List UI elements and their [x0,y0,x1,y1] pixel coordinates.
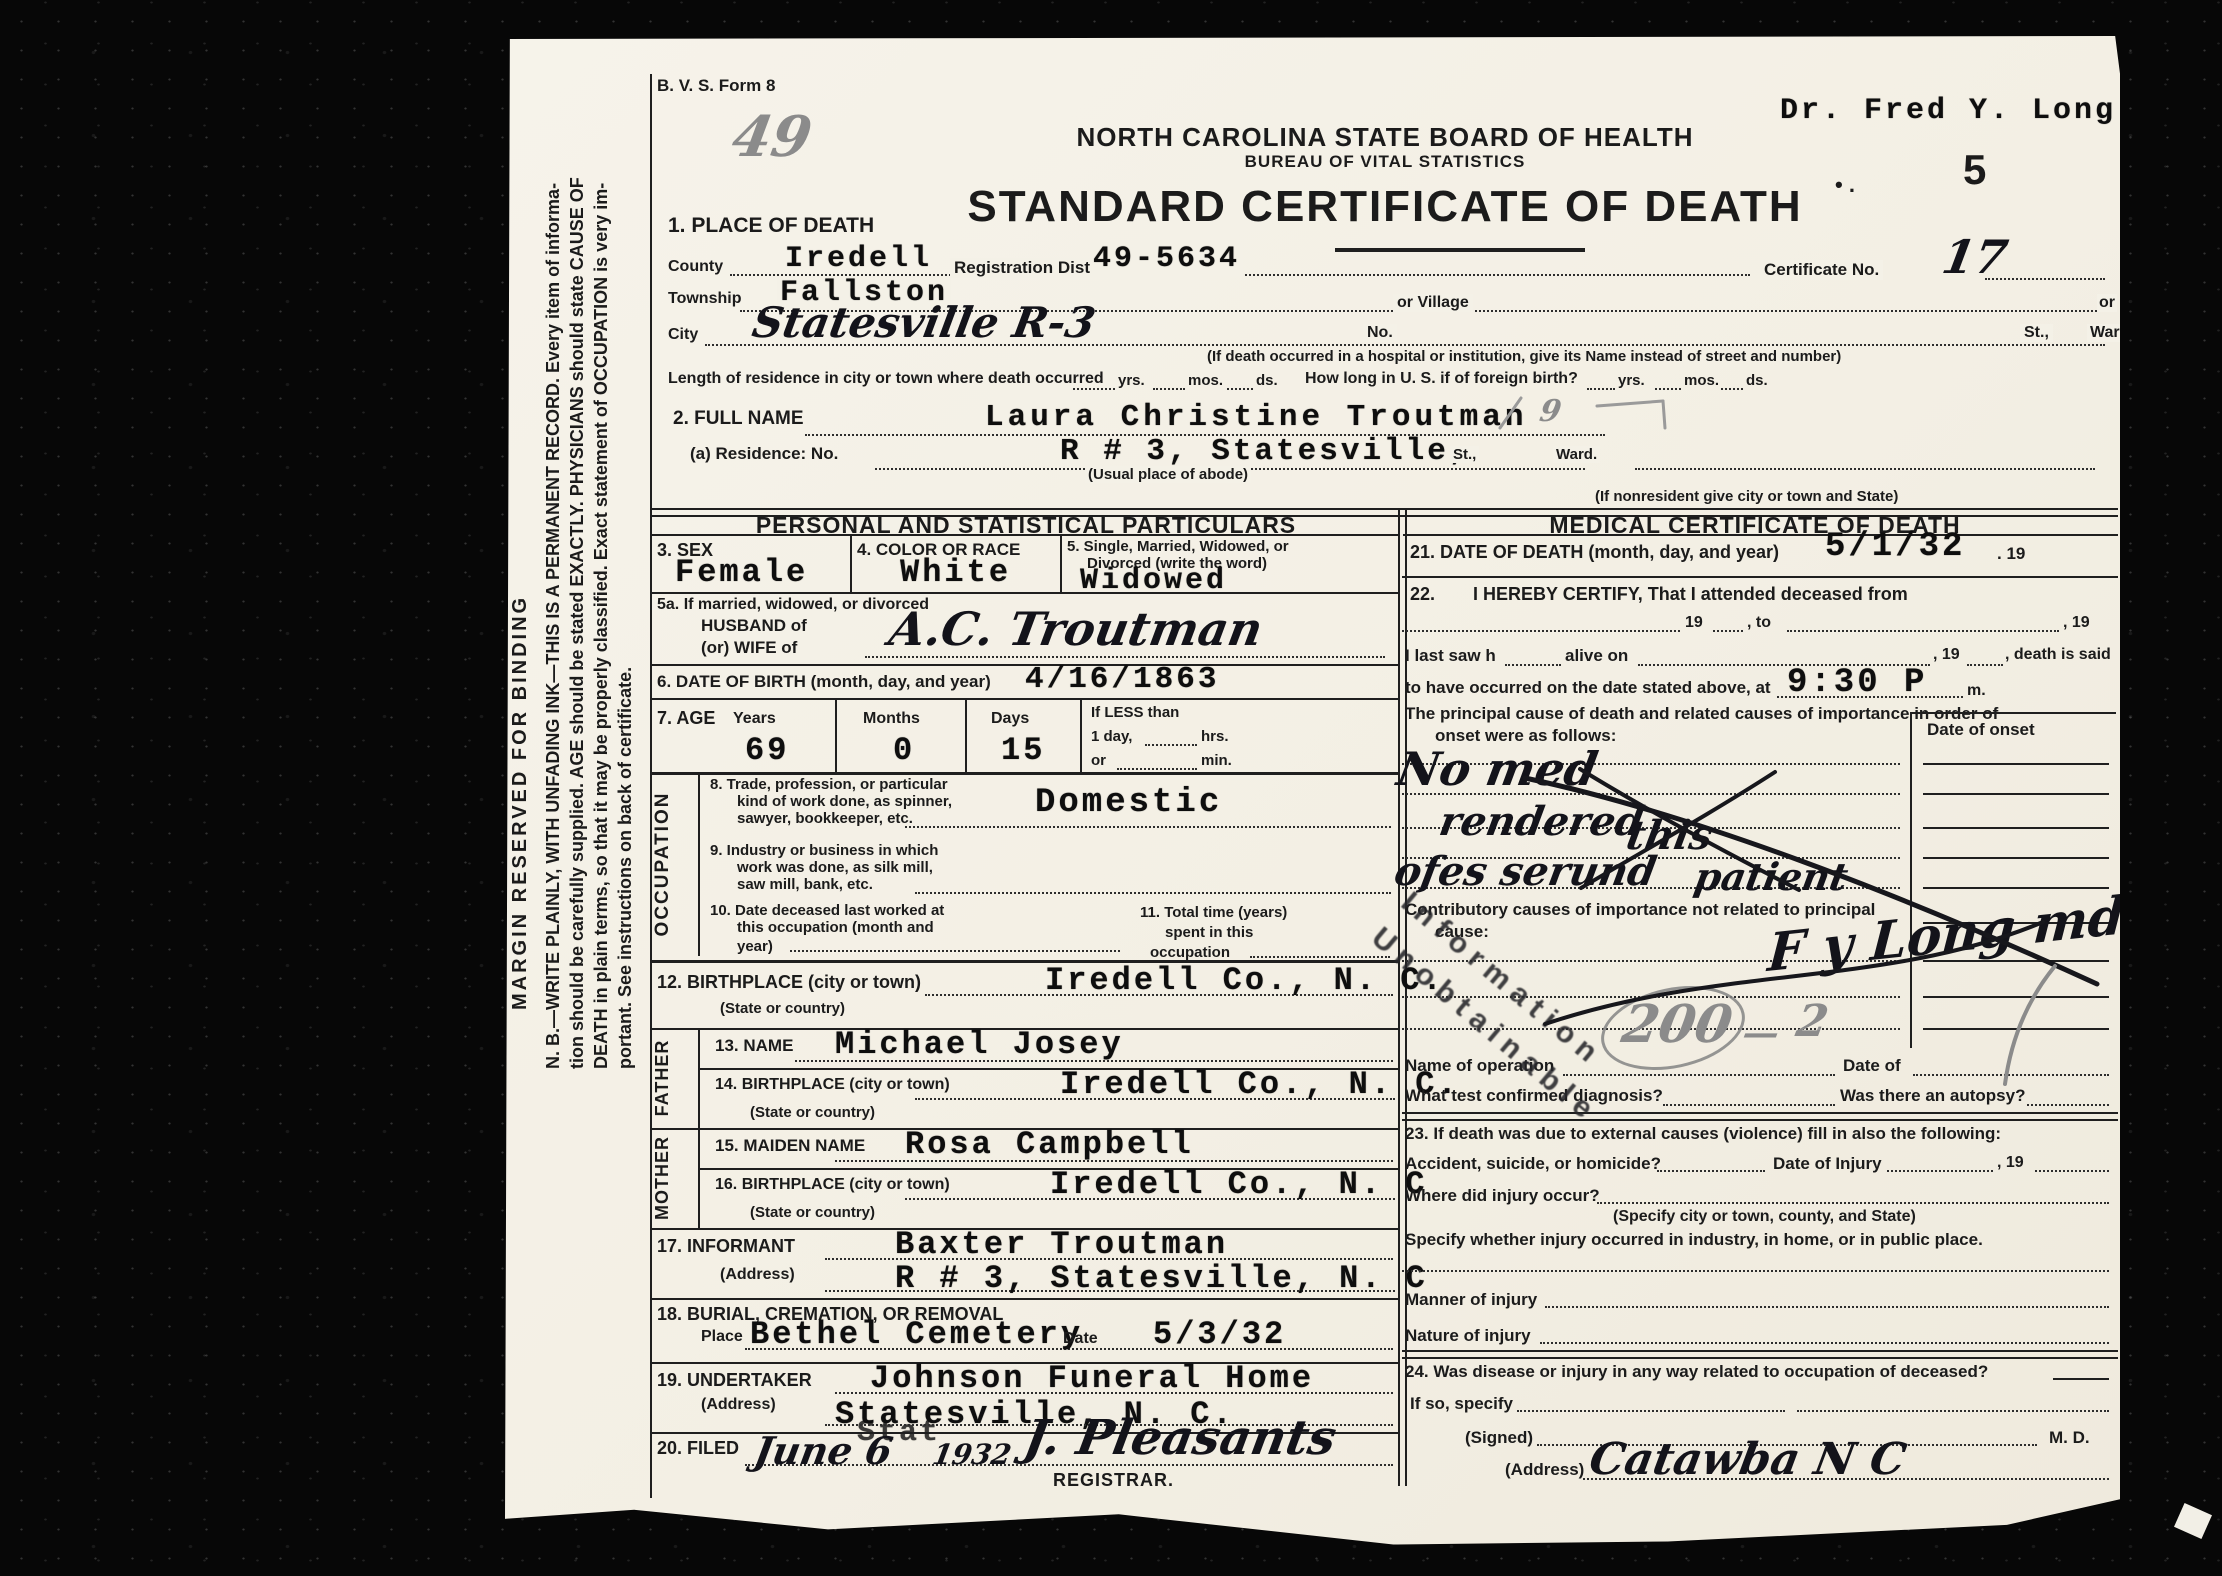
dotted-line [1887,1170,1993,1172]
md-label: M. D. [2049,1428,2090,1448]
margin-binding-text: MARGIN RESERVED FOR BINDING [509,595,532,1010]
onset-box-top [1910,712,2116,714]
cell-divider [1080,698,1082,772]
onset-rule [1923,763,2109,765]
father-birthplace-sub: (State or country) [750,1104,875,1121]
dob-value: 4/16/1863 [1025,662,1219,697]
bureau-subtitle: BUREAU OF VITAL STATISTICS [765,152,2005,172]
ds-label-2: ds. [1746,372,1768,389]
certificate-title: STANDARD CERTIFICATE OF DEATH [765,182,2005,232]
cell-divider [835,698,837,772]
age-years-header: Years [733,710,776,728]
ifso-label: If so, specify [1410,1394,1513,1414]
strip-divider [698,1128,700,1228]
dotted-line [1713,630,1743,632]
maiden-name-label: 15. MAIDEN NAME [715,1136,865,1156]
occupation-side-label: OCCUPATION [652,776,698,952]
right-section-header: MEDICAL CERTIFICATE OF DEATH [1405,512,2105,539]
trade-label-3: sawyer, bookkeeper, etc. [737,810,913,827]
or-label: or [2097,294,2117,312]
mother-side-label: MOTHER [652,1130,698,1226]
operation-date-label: Date of [1843,1056,1901,1076]
external-causes-label: 23. If death was due to external causes … [1405,1124,2001,1144]
burial-place-value: Bethel Cemetery [750,1316,1083,1353]
ink-dots: • . [1835,172,1855,198]
residence-length-label: Length of residence in city or town wher… [668,370,1104,388]
maiden-name-value: Rosa Campbell [905,1126,1194,1163]
lastsaw-3: , 19 [1933,646,1960,664]
form-number: B. V. S. Form 8 [657,76,775,96]
husband-label-3: (or) WIFE of [701,638,797,658]
dotted-line [1663,1104,1835,1106]
township-label: Township [668,290,741,308]
age-days-value: 15 [1001,732,1045,769]
registrar-label: REGISTRAR. [1053,1470,1174,1491]
husband-label-2: HUSBAND of [701,616,807,636]
husband-label-1: 5a. If married, widowed, or divorced [657,596,929,614]
father-name-label: 13. NAME [715,1036,793,1056]
dotted-line [1117,768,1197,770]
certificate-no-label: Certificate No. [1760,260,1883,280]
father-birthplace-label: 14. BIRTHPLACE (city or town) [715,1076,950,1094]
burial-place-label: Place [701,1328,743,1346]
row-border [650,592,1398,594]
residence-st-label: St., [1450,446,1479,463]
age-months-value: 0 [893,732,915,769]
county-label: County [668,258,723,276]
dotted-line [1597,1202,2109,1204]
dotted-line [1153,388,1185,390]
cell-divider [965,698,967,772]
mother-birthplace-value: Iredell Co., N. C [1050,1166,1427,1203]
father-name-value: Michael Josey [835,1026,1124,1063]
yrs-label: yrs. [1118,372,1145,389]
injury-19: , 19 [1997,1154,2024,1172]
cell-divider [850,534,852,592]
certify-text: I HEREBY CERTIFY, That I attended deceas… [1473,584,1908,605]
abode-note: (Usual place of abode) [1085,466,1251,483]
date-of-death-19: . 19 [1997,544,2025,564]
full-name-value: Laura Christine Troutman [985,400,1527,435]
address-label: (Address) [1505,1460,1584,1480]
undertaker-address-label: (Address) [701,1396,776,1414]
age-min-label: min. [1201,752,1232,769]
age-years-value: 69 [745,732,789,769]
residence-label: (a) Residence: No. [690,444,838,464]
page-stamp-5: 5 [1963,146,1986,194]
date-of-death-label: 21. DATE OF DEATH (month, day, and year) [1410,542,1779,563]
manner-injury-label: Manner of injury [1405,1290,1537,1310]
dob-label: 6. DATE OF BIRTH (month, day, and year) [657,672,991,692]
dotted-line [1587,388,1615,390]
onset-rule [1923,827,2109,829]
certify-19b: , 19 [2063,614,2090,632]
pencil-mark-9: 9 [1537,394,1564,429]
burial-date-value: 5/3/32 [1153,1316,1286,1353]
contributory-label-1: Contributory causes of importance not re… [1405,900,1875,920]
dotted-line [915,892,1391,894]
pencil-circle-value: 200 [1618,994,1737,1055]
informant-address-label: (Address) [720,1266,795,1284]
specify-injury-label: Specify whether injury occurred in indus… [1405,1230,1983,1250]
strip-divider [698,1028,700,1128]
informant-value: Baxter Troutman [895,1226,1228,1263]
date-of-death-value: 5/1/32 [1825,528,1965,566]
lastsaw-1: I last saw h [1405,646,1496,666]
city-value-handwritten: Statesville R-3 [749,298,1100,347]
undertaker-value: Johnson Funeral Home [870,1360,1314,1397]
burial-date-label: Date [1063,1330,1098,1348]
pencil-dash: — [1739,1012,1782,1054]
registration-district-value: 49-5634 [1090,242,1243,276]
trade-value: Domestic [1035,784,1222,822]
strip-divider [698,772,700,956]
related-occupation-label: 24. Was disease or injury in any way rel… [1405,1362,1988,1382]
dotted-line [1073,388,1115,390]
row-border [650,698,1398,700]
certificate-no-value: 17 [1938,230,2012,284]
informant-label: 17. INFORMANT [657,1236,795,1257]
margin-nb-line4: portant. See instructions on back of cer… [613,64,637,1069]
informant-address-value: R # 3, Statesville, N. C [895,1260,1428,1297]
certify-to: , to [1747,614,1771,632]
trade-label-2: kind of work done, as spinner, [737,793,952,810]
section-place-of-death: 1. PLACE OF DEATH [668,214,874,238]
injury-date-label: Date of Injury [1773,1154,1882,1174]
where-injury-label: Where did injury occur? [1405,1186,1600,1206]
lastwork-label-1: 10. Date deceased last worked at [710,902,944,919]
ds-label: ds. [1256,372,1278,389]
birthplace-label: 12. BIRTHPLACE (city or town) [657,972,921,993]
onset-box-left [1910,712,1912,1048]
dotted-line [865,656,1385,658]
residence-ward-label: Ward. [1553,446,1600,463]
occurred-m: m. [1967,682,1986,700]
residence-value: R # 3, Statesville, [1060,434,1470,469]
left-section-header: PERSONAL AND STATISTICAL PARTICULARS [673,512,1379,539]
city-st-label: St., [2020,324,2053,342]
onset-rule [1923,1028,2109,1030]
registrar-signature: J. Pleasants [1020,1410,1340,1466]
undertaker-label: 19. UNDERTAKER [657,1370,812,1391]
dotted-line [2035,1170,2109,1172]
industry-label-3: saw mill, bank, etc. [737,876,873,893]
county-value: Iredell [785,242,932,276]
yrs-label-2: yrs. [1618,372,1645,389]
accident-label: Accident, suicide, or homicide? [1405,1154,1661,1174]
mother-birthplace-sub: (State or country) [750,1204,875,1221]
occurred-text: to have occurred on the date stated abov… [1405,678,1771,698]
dotted-line [1967,664,2003,666]
autopsy-label: Was there an autopsy? [1840,1086,2025,1106]
certify-19a: 19 [1685,614,1703,632]
industry-label-1: 9. Industry or business in which [710,842,938,859]
margin-binding-note: MARGIN RESERVED FOR BINDING [509,508,537,1010]
date-of-onset-label: Date of onset [1927,720,2035,740]
age-less-label-1: If LESS than [1091,704,1179,721]
husband-value-handwritten: A.C. Troutman [885,602,1266,656]
full-name-label: 2. FULL NAME [673,408,804,430]
hospital-note: (If death occurred in a hospital or inst… [1207,348,1841,365]
filed-label: 20. FILED [657,1438,739,1459]
double-rule [1402,1112,2118,1121]
dotted-line [1721,388,1743,390]
dotted-line [1635,468,2095,470]
how-long-us-label: How long in U. S. if of foreign birth? [1305,370,1578,388]
city-no-label: No. [1363,324,1397,342]
nature-injury-label: Nature of injury [1405,1326,1531,1346]
where-injury-sub: (Specify city or town, county, and State… [1613,1208,1916,1226]
lastwork-label-3: year) [737,938,773,955]
cause-note-fragment-5: patient [1691,854,1851,899]
trade-label-1: 8. Trade, profession, or particular [710,776,948,793]
row-border [650,664,1398,666]
certify-number: 22. [1410,584,1435,605]
margin-nb-line1: N. B.—WRITE PLAINLY, WITH UNFADING INK—T… [541,64,565,1069]
address-value-handwritten: Catawba N C [1586,1434,1910,1485]
dotted-line [2027,1104,2109,1106]
age-hrs-label: hrs. [1201,728,1229,745]
color-race-value: White [900,554,1011,591]
scanned-death-certificate: MARGIN RESERVED FOR BINDING N. B.—WRITE … [0,0,2222,1576]
age-or-label: or [1091,752,1106,769]
signed-label: (Signed) [1465,1428,1533,1448]
onset-rule [1923,793,2109,795]
lastsaw-2: alive on [1565,646,1628,666]
margin-nb-line3: DEATH in plain terms, so that it may be … [589,64,613,1069]
occurred-time-value: 9:30 P [1787,664,1927,702]
mos-label-2: mos. [1684,372,1719,389]
dotted-line [1787,630,2059,632]
dotted-line [1545,1306,2109,1308]
onset-rule [1923,996,2109,998]
certificate-paper: MARGIN RESERVED FOR BINDING N. B.—WRITE … [505,36,2120,1546]
industry-label-2: work was done, as silk mill, [737,859,933,876]
city-label: City [668,326,698,344]
dotted-line [1797,1410,2109,1412]
dotted-line [1540,1342,2109,1344]
rule [2053,1378,2109,1380]
father-birthplace-value: Iredell Co., N. C. [1060,1066,1460,1103]
row-border [1402,576,2118,578]
totaltime-label-3: occupation [1150,944,1230,961]
row-border [650,772,1398,775]
cause-note-fragment-1: No med [1393,742,1601,796]
margin-nb-line2: tion should be carefully supplied. AGE s… [565,64,589,1069]
dotted-line [1913,1074,2109,1076]
pencil-two: 2 [1793,996,1833,1047]
birthplace-sub: (State or country) [720,1000,845,1017]
filed-year: 1932 [930,1438,1014,1471]
dotted-line [790,950,1120,952]
row-border [650,1298,1398,1300]
lastsaw-4: , death is said [2005,646,2111,664]
cause-note-fragment-2: rendered [1436,798,1648,845]
dotted-line [1402,1270,2109,1272]
dotted-line [905,826,1391,828]
doctor-name: Dr. Fred Y. Long [1780,94,2116,128]
sex-value: Female [675,554,808,591]
age-less-label-2: 1 day, [1091,728,1132,745]
dotted-line [1517,1410,1785,1412]
mother-birthplace-label: 16. BIRTHPLACE (city or town) [715,1176,950,1194]
dotted-line [1655,388,1681,390]
totaltime-label-1: 11. Total time (years) [1140,904,1287,921]
age-days-header: Days [991,710,1029,728]
cell-divider [1060,534,1062,592]
cause-note-fragment-4: ofes serund [1391,848,1660,895]
age-label: 7. AGE [657,708,715,729]
double-rule [1402,1350,2118,1359]
dotted-line [1227,388,1253,390]
dotted-line [1402,630,1680,632]
dotted-line [1657,1170,1765,1172]
title-rule [1335,248,1585,252]
father-side-label: FATHER [652,1030,698,1126]
dotted-line [1145,744,1197,746]
onset-rule [1923,857,2109,859]
age-months-header: Months [863,710,920,728]
lastwork-label-2: this occupation (month and [737,919,934,936]
dotted-line [1505,664,1561,666]
filed-date-handwritten: June 6 [751,1428,896,1473]
mos-label: mos. [1188,372,1223,389]
totaltime-label-2: spent in this [1165,924,1253,941]
nonresident-note: (If nonresident give city or town and St… [1595,488,1898,505]
marital-label-1: 5. Single, Married, Widowed, or [1067,538,1289,555]
margin-nb-note: N. B.—WRITE PLAINLY, WITH UNFADING INK—T… [541,64,641,1069]
or-village-label: or Village [1393,294,1473,312]
